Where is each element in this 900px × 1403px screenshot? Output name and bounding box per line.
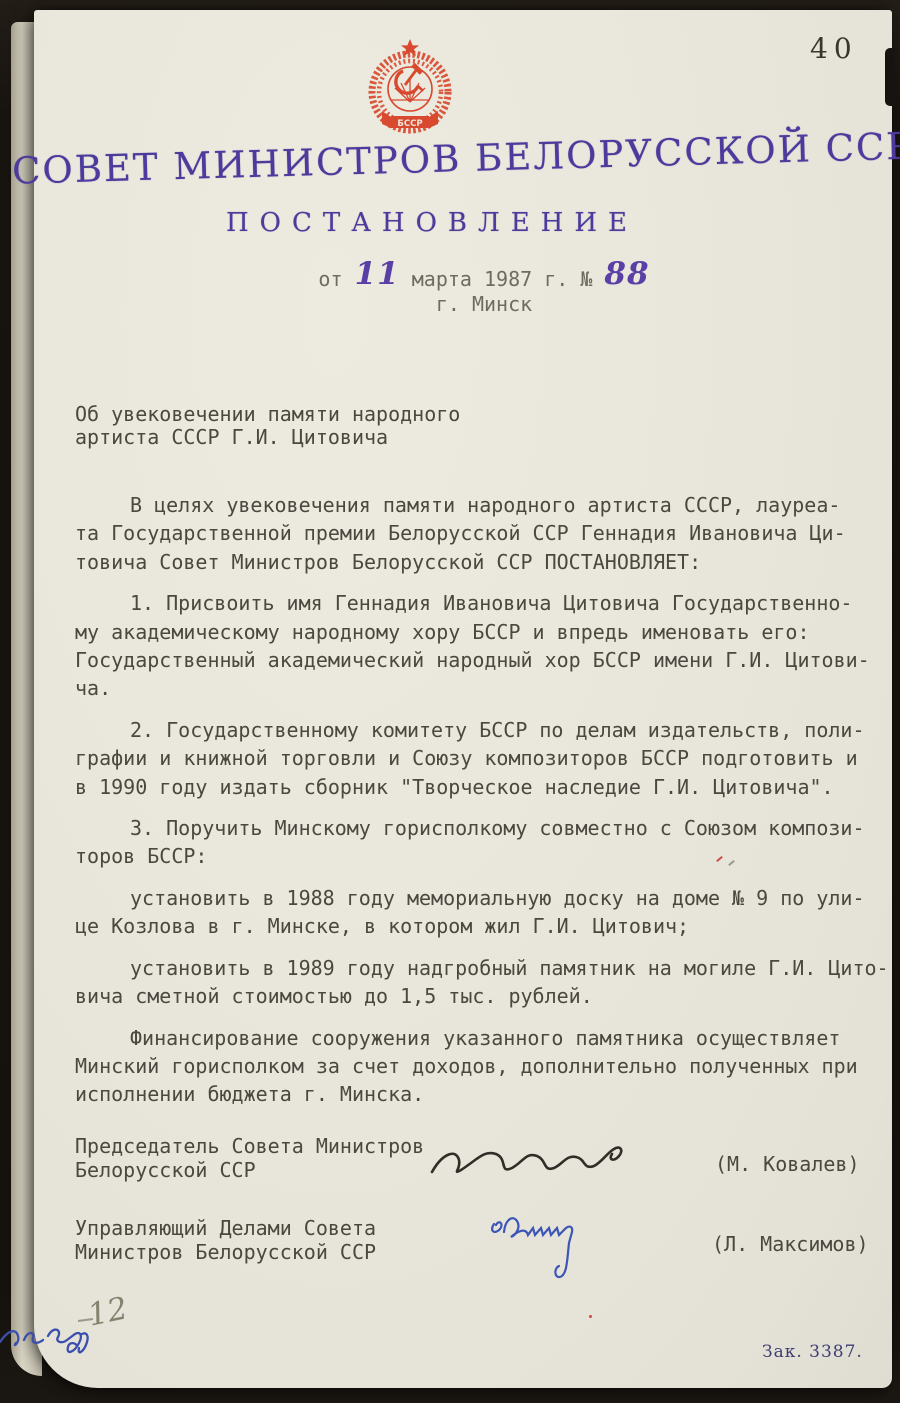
kovalev-ink-signature-icon bbox=[426, 1128, 636, 1190]
maksimov-blue-ink-signature-icon bbox=[484, 1206, 594, 1298]
print-order-number: Зак. 3387. bbox=[762, 1342, 863, 1362]
chairman-name: (М. Ковалев) bbox=[715, 1152, 860, 1176]
paragraph-item-2: 2. Государственному комитету БССР по дел… bbox=[75, 716, 881, 801]
paragraph-item-1: 1. Присвоить имя Геннадия Ивановича Цито… bbox=[75, 589, 881, 703]
scanned-book-spread-background: 40 БССР bbox=[0, 0, 900, 1403]
subject-heading: Об увековечении памяти народного артиста… bbox=[75, 403, 881, 449]
administrator-title: Управляющий Делами Совета Министров Бело… bbox=[75, 1216, 376, 1264]
handwritten-doc-number: 88 bbox=[604, 256, 649, 292]
emblem-ribbon-label: БССР bbox=[397, 119, 422, 129]
city-line: г. Минск bbox=[254, 292, 714, 316]
paragraph-financing: Финансирование сооружения указанного пам… bbox=[75, 1024, 881, 1109]
chairman-title: Председатель Совета Министров Белорусско… bbox=[75, 1134, 424, 1182]
coat-of-arms-bssr-icon: БССР bbox=[360, 38, 460, 142]
paragraph-preamble: В целях увековечения памяти народного ар… bbox=[75, 491, 881, 576]
document-body: Об увековечении памяти народного артиста… bbox=[75, 403, 881, 1122]
blue-ink-scribble-icon bbox=[0, 1312, 118, 1376]
date-middle: марта 1987 г. № bbox=[412, 267, 593, 291]
paragraph-item-3: 3. Поручить Минскому горисполкому совмес… bbox=[75, 814, 881, 871]
paragraph-item-3b: установить в 1989 году надгробный памятн… bbox=[75, 954, 881, 1011]
document-type-stamp: ПОСТАНОВЛЕНИЕ bbox=[202, 208, 662, 238]
date-prefix: от bbox=[318, 267, 342, 291]
paragraph-item-3a: установить в 1988 году мемориальную доск… bbox=[75, 884, 881, 941]
document-page: 40 БССР bbox=[34, 10, 892, 1388]
handwritten-day: 11 bbox=[355, 256, 400, 292]
date-line: от 11 марта 1987 г. № 88 bbox=[254, 258, 714, 294]
red-ink-dot bbox=[589, 1315, 592, 1318]
administrator-name: (Л. Максимов) bbox=[712, 1232, 869, 1256]
archival-page-number: 40 bbox=[810, 32, 858, 65]
scan-edge-notch bbox=[885, 48, 895, 106]
